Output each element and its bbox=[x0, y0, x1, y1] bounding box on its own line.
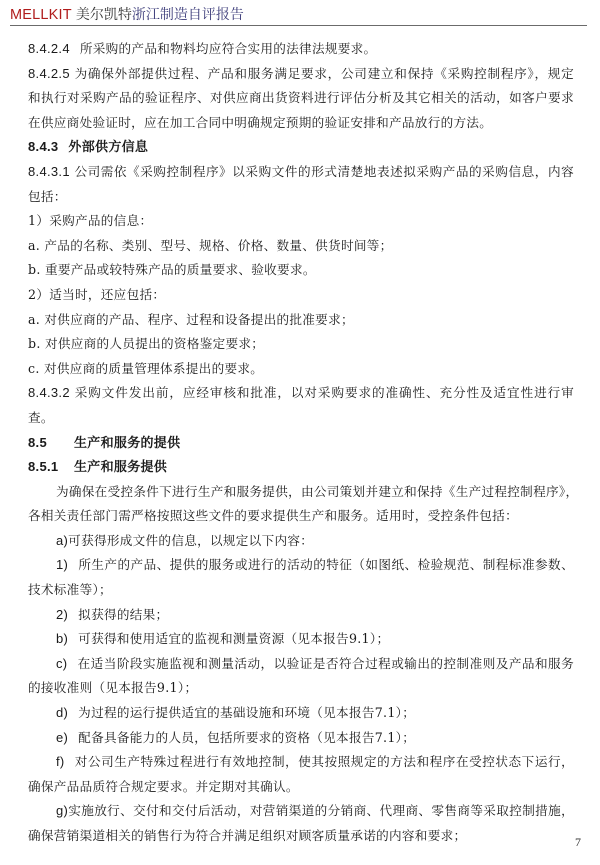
list-subitem-2a: a. 对供应商的产品、程序、过程和设备提出的批准要求； bbox=[28, 308, 574, 333]
paragraph-8-4-2-5-line-1: 8.4.2.5 为确保外部提供过程、产品和服务满足要求，公司建立和保持《采购控制… bbox=[28, 62, 574, 87]
clause-text: 为确保外部提供过程、产品和服务满足要求，公司建立和保持《采购控制程序》，规定 bbox=[75, 66, 574, 81]
condition-a: a)可获得形成文件的信息，以规定以下内容： bbox=[28, 529, 574, 554]
list-subitem-2c: c. 对供应商的质量管理体系提出的要求。 bbox=[28, 357, 574, 382]
condition-c-line-1: c)在适当阶段实施监视和测量活动，以验证是否符合过程或输出的控制准则及产品和服务 bbox=[28, 652, 574, 677]
document-name: 浙江制造自评报告 bbox=[132, 6, 244, 24]
condition-d: d)为过程的运行提供适宜的基础设施和环境（见本报告7.1）； bbox=[28, 701, 574, 726]
heading-8-5: 8.5生产和服务的提供 bbox=[28, 431, 574, 456]
condition-g-line-1: g)实施放行、交付和交付后活动，对营销渠道的分销商、代理商、零售商等采取控制措施… bbox=[28, 799, 574, 824]
heading-title: 生产和服务的提供 bbox=[74, 436, 180, 451]
condition-a-1-line-2: 技术标准等）； bbox=[28, 578, 574, 603]
condition-g-line-2: 确保营销渠道相关的销售行为符合并满足组织对顾客质量承诺的内容和要求； bbox=[28, 824, 574, 849]
paragraph-8-4-3-2-line-2: 查。 bbox=[28, 406, 574, 431]
clause-text: 公司需依《采购控制程序》以采购文件的形式清楚地表述拟采购产品的采购信息，内容 bbox=[74, 164, 574, 179]
brand-logo-text: MELLKIT bbox=[10, 6, 72, 24]
paragraph-8-4-2-4: 8.4.2.4所采购的产品和物料均应符合实用的法律法规要求。 bbox=[28, 37, 574, 62]
item-label: b) bbox=[56, 631, 68, 646]
heading-number: 8.4.3 bbox=[28, 135, 58, 160]
heading-title: 外部供方信息 bbox=[68, 140, 148, 155]
item-text: 可获得和使用适宜的监视和测量资源（见本报告9.1）； bbox=[78, 631, 389, 646]
item-label: 1) bbox=[56, 557, 68, 572]
list-item-when-appropriate: 2）适当时，还应包括： bbox=[28, 283, 574, 308]
clause-number: 8.4.2.4 bbox=[28, 41, 70, 56]
paragraph-8-4-3-2-line-1: 8.4.3.2 采购文件发出前，应经审核和批准，以对采购要求的准确性、充分性及适… bbox=[28, 381, 574, 406]
company-name: 美尔凯特 bbox=[76, 6, 132, 24]
item-label: e) bbox=[56, 730, 68, 745]
page-number: 7 bbox=[575, 835, 581, 850]
condition-f-line-2: 确保产品品质符合规定要求。并定期对其确认。 bbox=[28, 775, 574, 800]
item-text: 实施放行、交付和交付后活动，对营销渠道的分销商、代理商、零售商等采取控制措施， bbox=[68, 803, 574, 818]
item-text: 拟获得的结果； bbox=[78, 607, 168, 622]
paragraph-8-4-3-1-line-1: 8.4.3.1 公司需依《采购控制程序》以采购文件的形式清楚地表述拟采购产品的采… bbox=[28, 160, 574, 185]
item-text: 所生产的产品、提供的服务或进行的活动的特征（如图纸、检验规范、制程标准参数、 bbox=[78, 557, 574, 572]
item-text: 为过程的运行提供适宜的基础设施和环境（见本报告7.1）； bbox=[78, 705, 415, 720]
condition-b: b)可获得和使用适宜的监视和测量资源（见本报告9.1）； bbox=[28, 627, 574, 652]
condition-a-2: 2)拟获得的结果； bbox=[28, 603, 574, 628]
paragraph-8-5-1-intro-line-1: 为确保在受控条件下进行生产和服务提供，由公司策划并建立和保持《生产过程控制程序》… bbox=[28, 480, 574, 505]
clause-text: 所采购的产品和物料均应符合实用的法律法规要求。 bbox=[80, 41, 377, 56]
heading-number: 8.5.1 bbox=[28, 455, 74, 480]
item-text: 在适当阶段实施监视和测量活动，以验证是否符合过程或输出的控制准则及产品和服务 bbox=[77, 656, 574, 671]
item-label: a) bbox=[56, 533, 68, 548]
list-item-purchase-info: 1）采购产品的信息： bbox=[28, 209, 574, 234]
list-subitem-2b: b. 对供应商的人员提出的资格鉴定要求； bbox=[28, 332, 574, 357]
item-label: f) bbox=[56, 754, 65, 769]
condition-c-line-2: 的接收准则（见本报告9.1）； bbox=[28, 676, 574, 701]
item-text: 可获得形成文件的信息，以规定以下内容： bbox=[68, 533, 313, 548]
list-subitem-1b: b. 重要产品或较特殊产品的质量要求、验收要求。 bbox=[28, 258, 574, 283]
item-text: 对公司生产特殊过程进行有效地控制，使其按照规定的方法和程序在受控状态下运行， bbox=[75, 754, 574, 769]
item-label: g) bbox=[56, 803, 68, 818]
condition-e: e)配备具备能力的人员，包括所要求的资格（见本报告7.1）； bbox=[28, 726, 574, 751]
clause-number: 8.4.3.2 bbox=[28, 385, 70, 400]
paragraph-8-4-2-5-line-3: 在供应商处验证时，应在加工合同中明确规定预期的验证安排和产品放行的方法。 bbox=[28, 111, 574, 136]
heading-number: 8.5 bbox=[28, 431, 74, 456]
item-text: 配备具备能力的人员，包括所要求的资格（见本报告7.1）； bbox=[78, 730, 415, 745]
paragraph-8-4-3-1-line-2: 包括： bbox=[28, 185, 574, 210]
page-header: MELLKIT 美尔凯特 浙江制造自评报告 bbox=[10, 6, 244, 24]
paragraph-8-4-2-5-line-2: 和执行对采购产品的验证程序、对供应商出货资料进行评估分析及其它相关的活动，如客户… bbox=[28, 86, 574, 111]
heading-8-4-3: 8.4.3外部供方信息 bbox=[28, 135, 574, 160]
paragraph-8-5-1-intro-line-2: 各相关责任部门需严格按照这些文件的要求提供生产和服务。适用时，受控条件包括： bbox=[28, 504, 574, 529]
condition-f-line-1: f)对公司生产特殊过程进行有效地控制，使其按照规定的方法和程序在受控状态下运行， bbox=[28, 750, 574, 775]
clause-number: 8.4.2.5 bbox=[28, 66, 70, 81]
item-label: 2) bbox=[56, 607, 68, 622]
heading-title: 生产和服务提供 bbox=[74, 460, 167, 475]
clause-number: 8.4.3.1 bbox=[28, 164, 70, 179]
clause-text: 采购文件发出前，应经审核和批准，以对采购要求的准确性、充分性及适宜性进行审 bbox=[75, 385, 574, 400]
item-label: c) bbox=[56, 656, 67, 671]
heading-8-5-1: 8.5.1生产和服务提供 bbox=[28, 455, 574, 480]
document-body: 8.4.2.4所采购的产品和物料均应符合实用的法律法规要求。 8.4.2.5 为… bbox=[28, 37, 574, 849]
item-label: d) bbox=[56, 705, 68, 720]
header-divider bbox=[10, 25, 587, 26]
condition-a-1-line-1: 1)所生产的产品、提供的服务或进行的活动的特征（如图纸、检验规范、制程标准参数、 bbox=[28, 553, 574, 578]
list-subitem-1a: a. 产品的名称、类别、型号、规格、价格、数量、供货时间等； bbox=[28, 234, 574, 259]
